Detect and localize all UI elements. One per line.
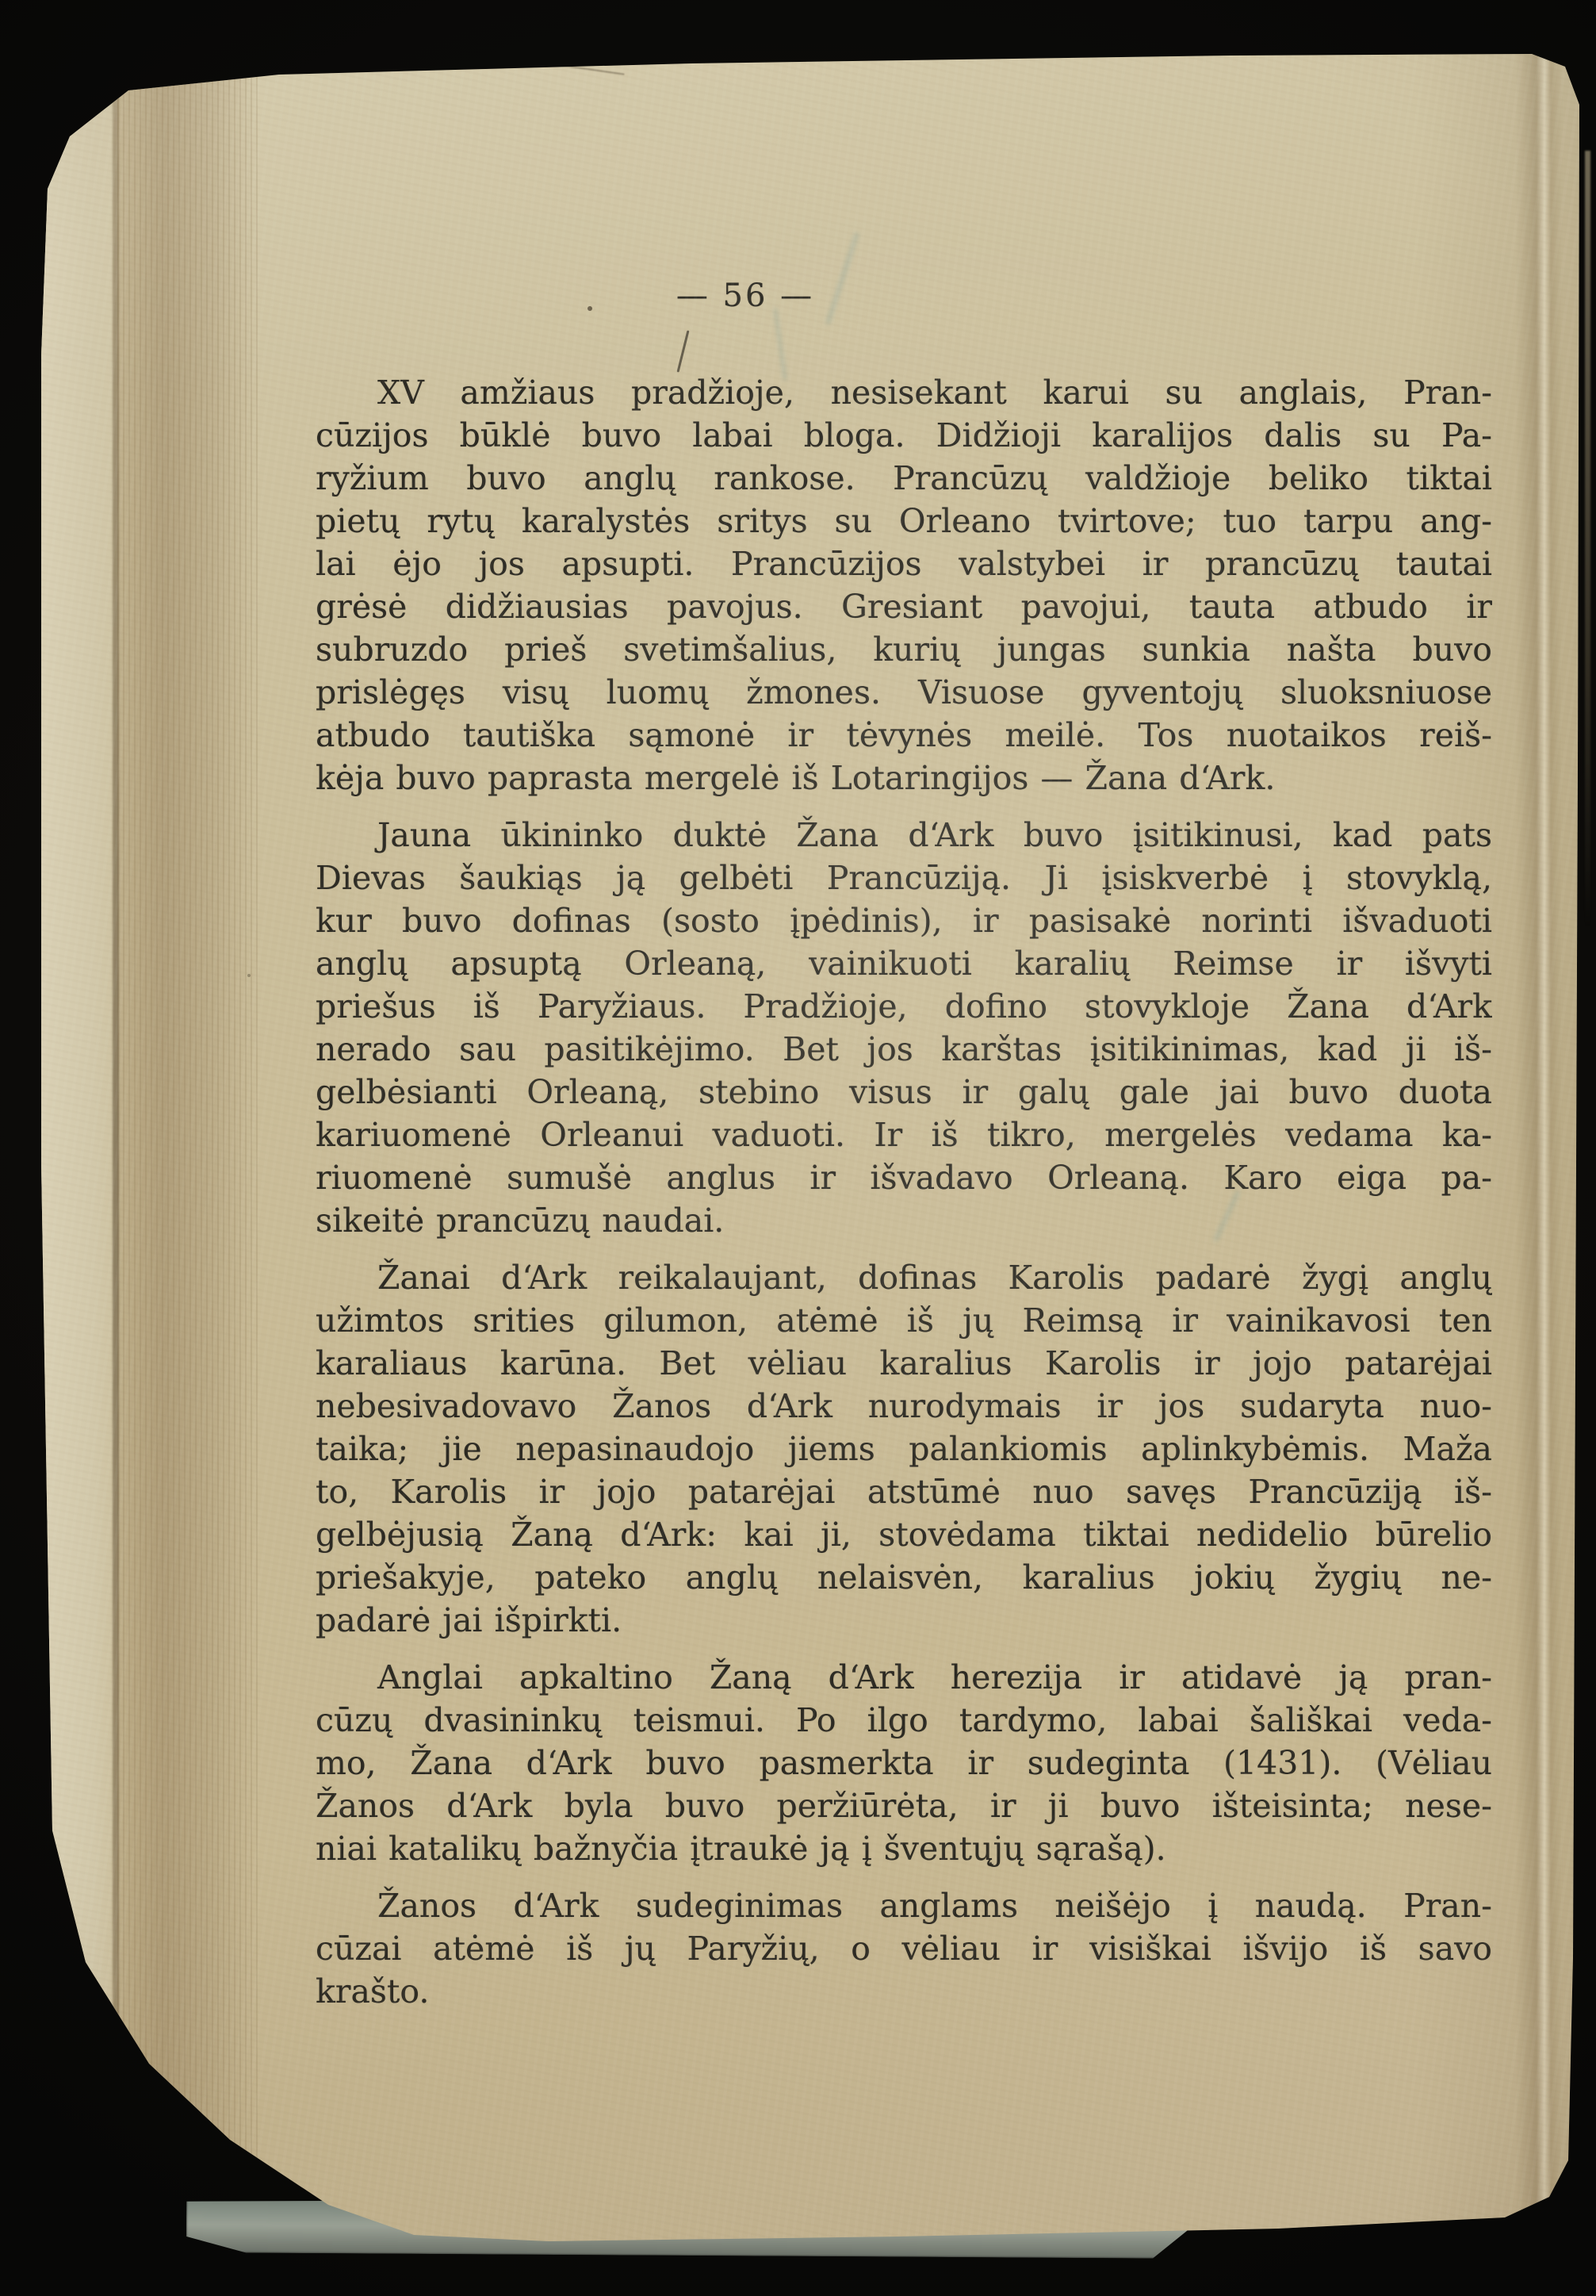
ink-showthrough [774,308,787,381]
page-left-crease [113,54,119,2244]
paragraph: Jauna ūkininko duktė Žana d‘Ark buvo įsi… [316,814,1492,1242]
text-line: karaliaus karūna. Bet vėliau karalius Ka… [316,1342,1492,1385]
text-line: atbudo tautiška sąmonė ir tėvynės meilė.… [316,714,1492,757]
text-line: sikeitė prancūzų naudai. [316,1199,1492,1242]
text-line: cūzų dvasininkų teismui. Po ilgo tardymo… [316,1699,1492,1742]
text-line: kur buvo dofinas (sosto įpėdinis), ir pa… [316,899,1492,942]
text-line: gelbėsianti Orleaną, stebino visus ir ga… [316,1071,1492,1114]
text-line: XV amžiaus pradžioje, nesisekant karui s… [316,371,1492,414]
text-line: kėja buvo paprasta mergelė iš Lotaringij… [316,757,1492,799]
text-line: riuomenė sumušė anglus ir išvadavo Orlea… [316,1156,1492,1199]
text-line: Žanos d‘Ark sudeginimas anglams neišėjo … [316,1884,1492,1927]
page-right-crease [1516,54,1562,2244]
text-line: nerado sau pasitikėjimo. Bet jos karštas… [316,1028,1492,1071]
text-line: Dievas šaukiąs ją gelbėti Prancūziją. Ji… [316,857,1492,899]
paragraph: Anglai apkaltino Žaną d‘Ark herezija ir … [316,1656,1492,1870]
photo-background: — 56 — XV amžiaus pradžioje, nesisekant … [0,0,1596,2296]
text-line: taika; jie nepasinaudojo jiems palankiom… [316,1428,1492,1470]
smudge [109,2087,130,2102]
text-line: cūzai atėmė iš jų Paryžių, o vėliau ir v… [316,1927,1492,1970]
paragraph: Žanai d‘Ark reikalaujant, dofinas Karoli… [316,1256,1492,1642]
text-line: mo, Žana d‘Ark buvo pasmerkta ir sudegin… [316,1742,1492,1784]
text-line: to, Karolis ir jojo patarėjai atstūmė nu… [316,1470,1492,1513]
text-line: užimtos srities gilumon, atėmė iš jų Rei… [316,1299,1492,1342]
text-line: Žanai d‘Ark reikalaujant, dofinas Karoli… [316,1256,1492,1299]
text-line: niai katalikų bažnyčia įtraukė ją į šven… [316,1827,1492,1870]
text-line: subruzdo prieš svetimšalius, kurių junga… [316,628,1492,671]
speck [247,974,251,977]
text-line: Jauna ūkininko duktė Žana d‘Ark buvo įsi… [316,814,1492,857]
body-text: XV amžiaus pradžioje, nesisekant karui s… [316,371,1492,2027]
speck [587,306,592,311]
adjacent-page-edge [1585,151,1590,928]
text-line: grėsė didžiausias pavojus. Gresiant pavo… [316,585,1492,628]
paragraph: Žanos d‘Ark sudeginimas anglams neišėjo … [316,1884,1492,2013]
paragraph: XV amžiaus pradžioje, nesisekant karui s… [316,371,1492,799]
text-line: ryžium buvo anglų rankose. Prancūzų vald… [316,457,1492,500]
text-line: priešus iš Paryžiaus. Pradžioje, dofino … [316,985,1492,1028]
text-line: lai ėjo jos apsupti. Prancūzijos valstyb… [316,542,1492,585]
book-page: — 56 — XV amžiaus pradžioje, nesisekant … [41,54,1583,2244]
text-line: Anglai apkaltino Žaną d‘Ark herezija ir … [316,1656,1492,1699]
text-line: gelbėjusią Žaną d‘Ark: kai ji, stovėdama… [316,1513,1492,1556]
text-line: Žanos d‘Ark byla buvo peržiūrėta, ir ji … [316,1784,1492,1827]
page-stack-texture [117,54,258,2244]
text-line: prislėgęs visų luomų žmones. Visuose gyv… [316,671,1492,714]
text-line: nebesivadovavo Žanos d‘Ark nurodymais ir… [316,1385,1492,1428]
text-line: pietų rytų karalystės sritys su Orleano … [316,500,1492,542]
text-line: padarė jai išpirkti. [316,1599,1492,1642]
paper-fiber [549,63,624,75]
page-number: — 56 — [626,278,864,317]
text-line: priešakyje, pateko anglų nelaisvėn, kara… [316,1556,1492,1599]
text-line: anglų apsuptą Orleaną, vainikuoti karali… [316,942,1492,985]
handwritten-slash-mark [677,330,690,372]
text-line: kariuomenė Orleanui vaduoti. Ir iš tikro… [316,1114,1492,1156]
text-line: cūzijos būklė buvo labai bloga. Didžioji… [316,414,1492,457]
text-line: krašto. [316,1970,1492,2013]
